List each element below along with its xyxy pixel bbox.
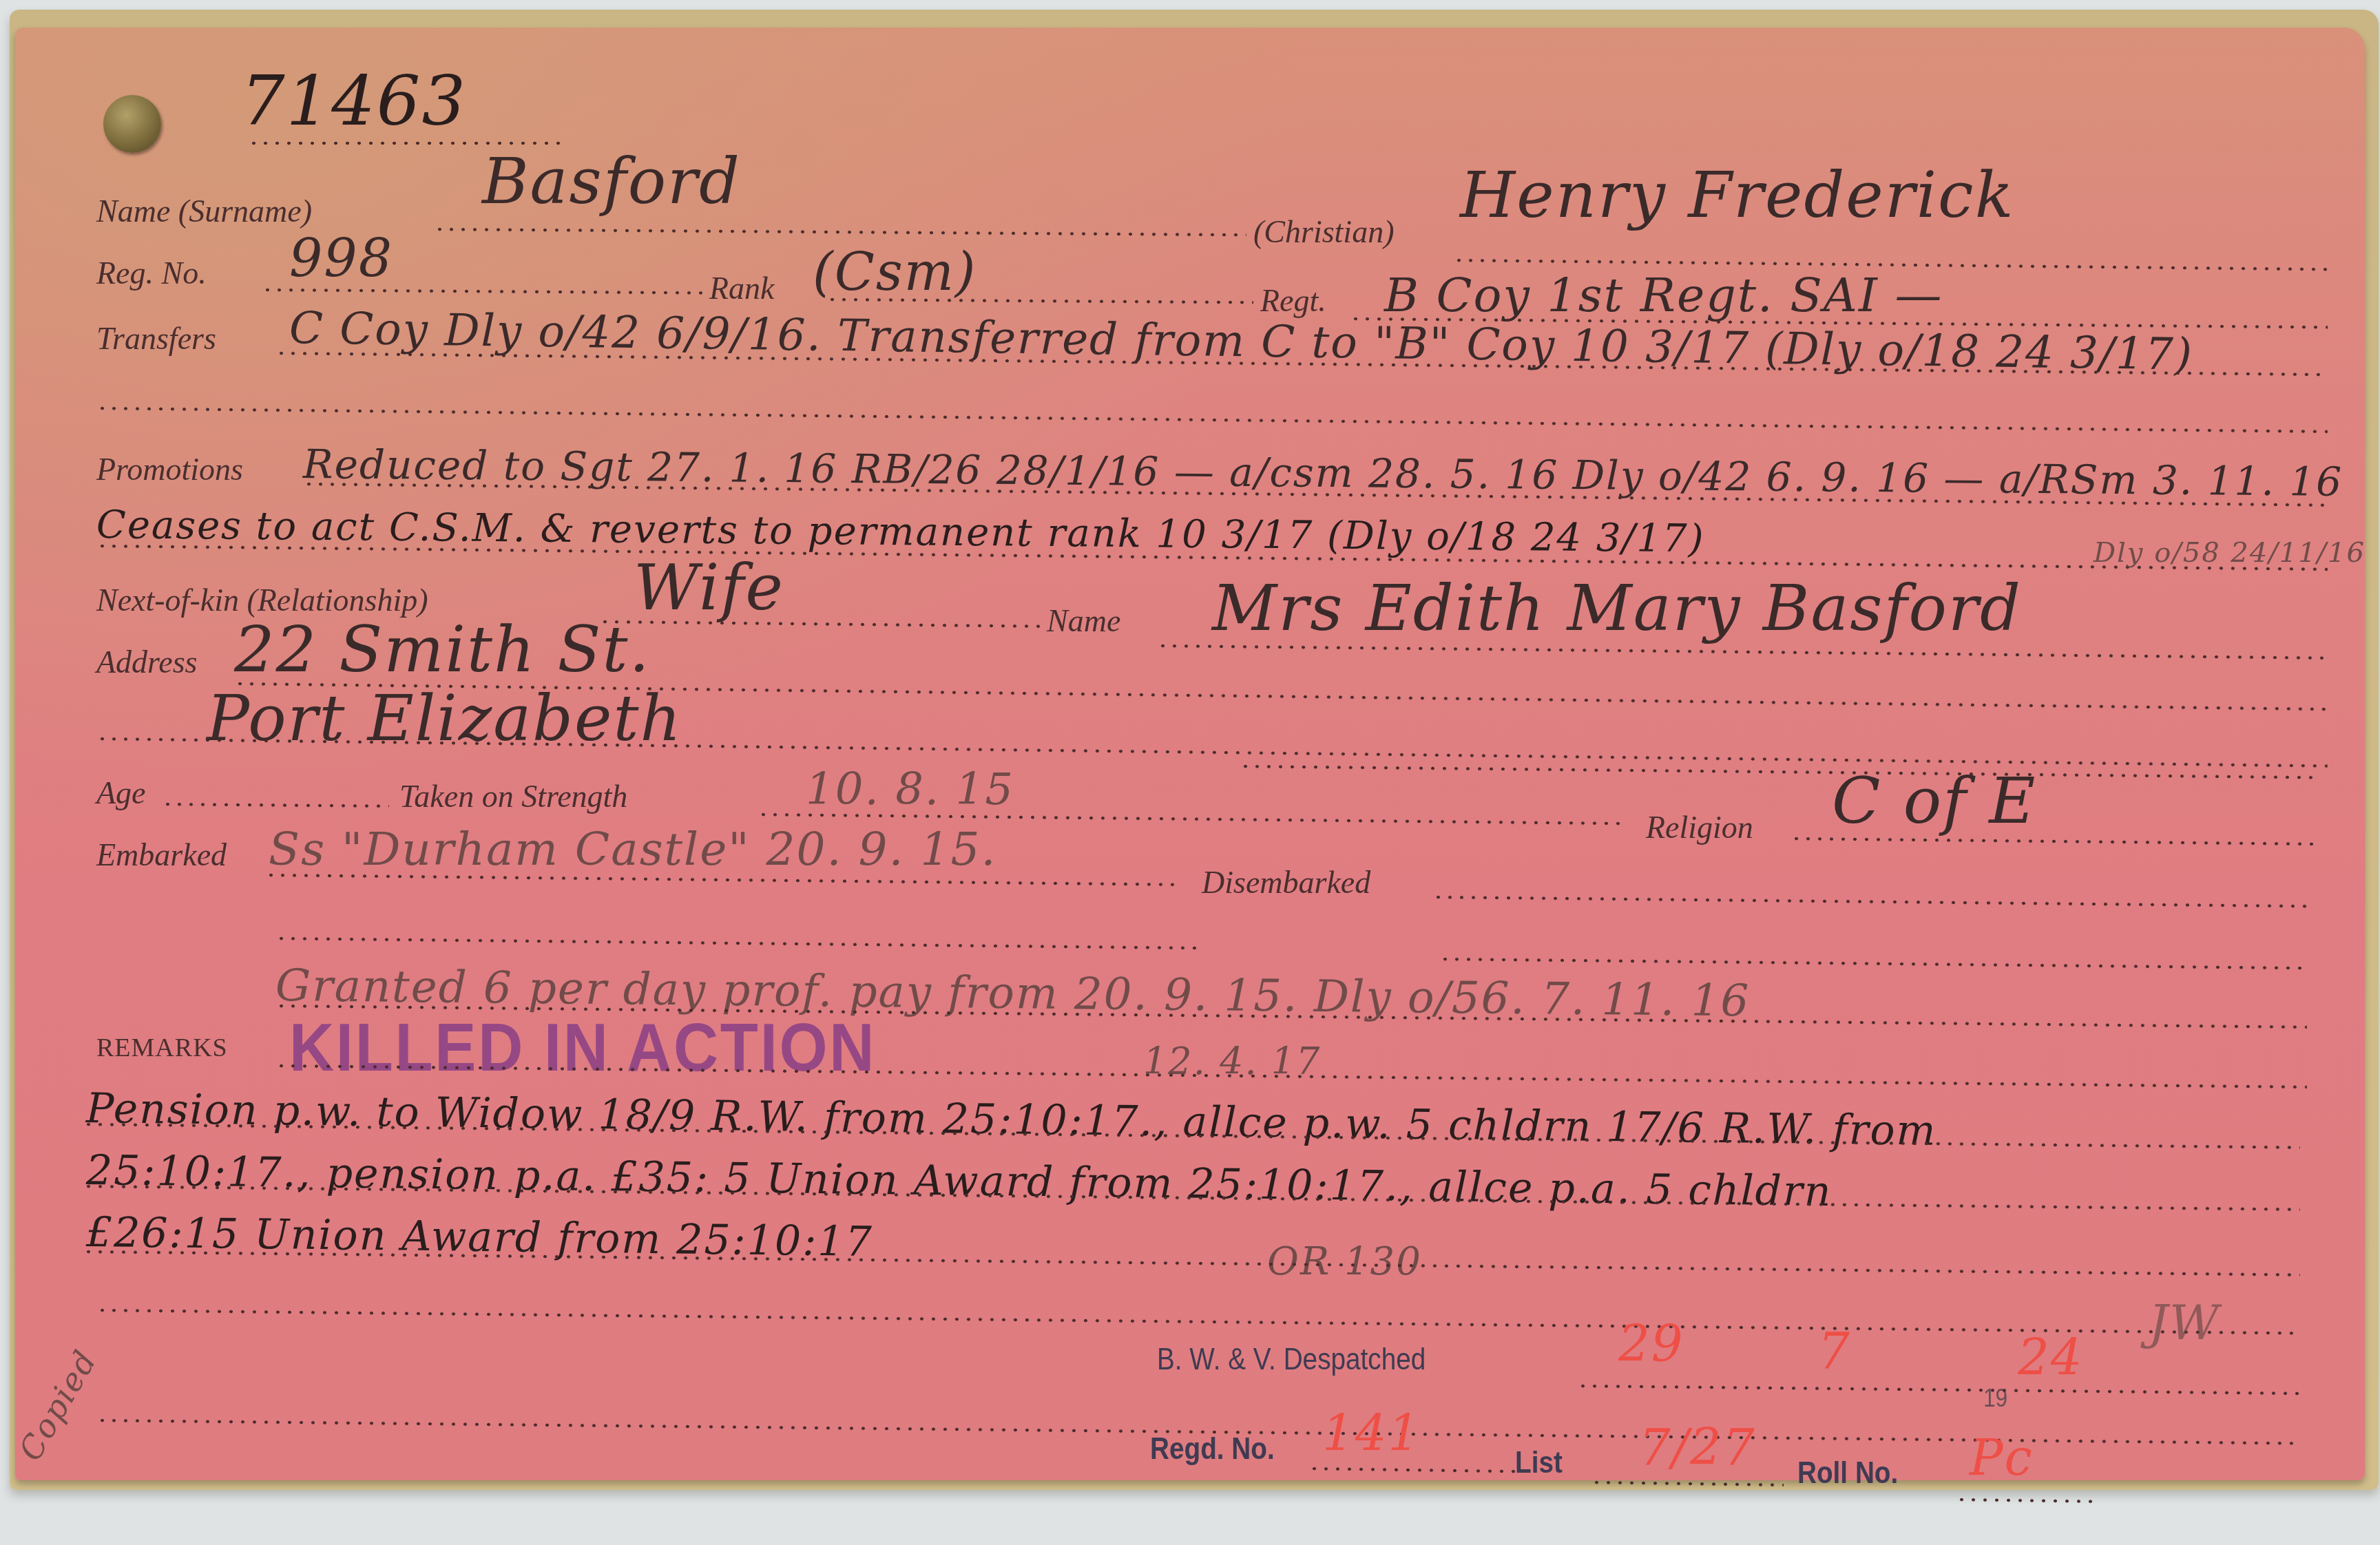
label-promotions: Promotions — [96, 451, 243, 487]
value-nok-relationship: Wife — [634, 551, 784, 624]
dots-roll-no — [1956, 1497, 2094, 1504]
value-taken-on-strength: 10. 8. 15 — [806, 764, 1014, 815]
label-religion: Religion — [1646, 809, 1753, 845]
label-rank: Rank — [709, 270, 775, 306]
label-address: Address — [96, 644, 198, 680]
value-bwv-day: 29 — [1618, 1315, 1684, 1373]
promotions-note: Dly o/58 24/11/16 — [2094, 537, 2366, 569]
label-roll-no: Roll No. — [1797, 1456, 1898, 1491]
rivet-fastener — [103, 95, 161, 153]
value-reg-no: 998 — [289, 227, 393, 288]
value-list: 7/27 — [1639, 1418, 1756, 1476]
killed-in-action-stamp: KILLED IN ACTION — [289, 1009, 876, 1086]
value-bwv-year: 24 — [2018, 1329, 2084, 1387]
serial-number-text: 71463 — [241, 61, 467, 141]
label-christian: (Christian) — [1253, 213, 1394, 250]
label-age: Age — [96, 775, 146, 811]
label-surname: Name (Surname) — [96, 193, 312, 229]
value-roll-no: Pc — [1970, 1429, 2034, 1486]
label-list: List — [1515, 1446, 1563, 1480]
initials: JW — [2149, 1294, 2220, 1351]
label-disembarked: Disembarked — [1202, 864, 1370, 901]
label-taken-on-strength: Taken on Strength — [399, 778, 627, 814]
value-christian: Henry Frederick — [1460, 158, 2014, 232]
value-regt: B Coy 1st Regt. SAI — — [1384, 269, 1943, 323]
label-regd-no: Regd. No. — [1150, 1432, 1275, 1467]
value-regd-no: 141 — [1322, 1405, 1421, 1462]
value-bwv-month: 7 — [1818, 1322, 1851, 1380]
label-nok-name: Name — [1047, 602, 1120, 639]
value-embarked: Ss "Durham Castle" 20. 9. 15. — [269, 823, 996, 876]
label-bwv-despatched: B. W. & V. Despatched — [1157, 1343, 1426, 1377]
label-embarked: Embarked — [96, 837, 227, 873]
value-address-1: 22 Smith St. — [234, 613, 651, 686]
label-reg-no: Reg. No. — [96, 255, 207, 291]
label-regt: Regt. — [1260, 282, 1326, 319]
value-nok-name: Mrs Edith Mary Basford — [1212, 571, 2022, 645]
value-surname: Basford — [482, 145, 741, 218]
label-transfers: Transfers — [96, 320, 216, 357]
value-rank: (Csm) — [813, 241, 977, 302]
label-remarks: REMARKS — [96, 1033, 228, 1063]
